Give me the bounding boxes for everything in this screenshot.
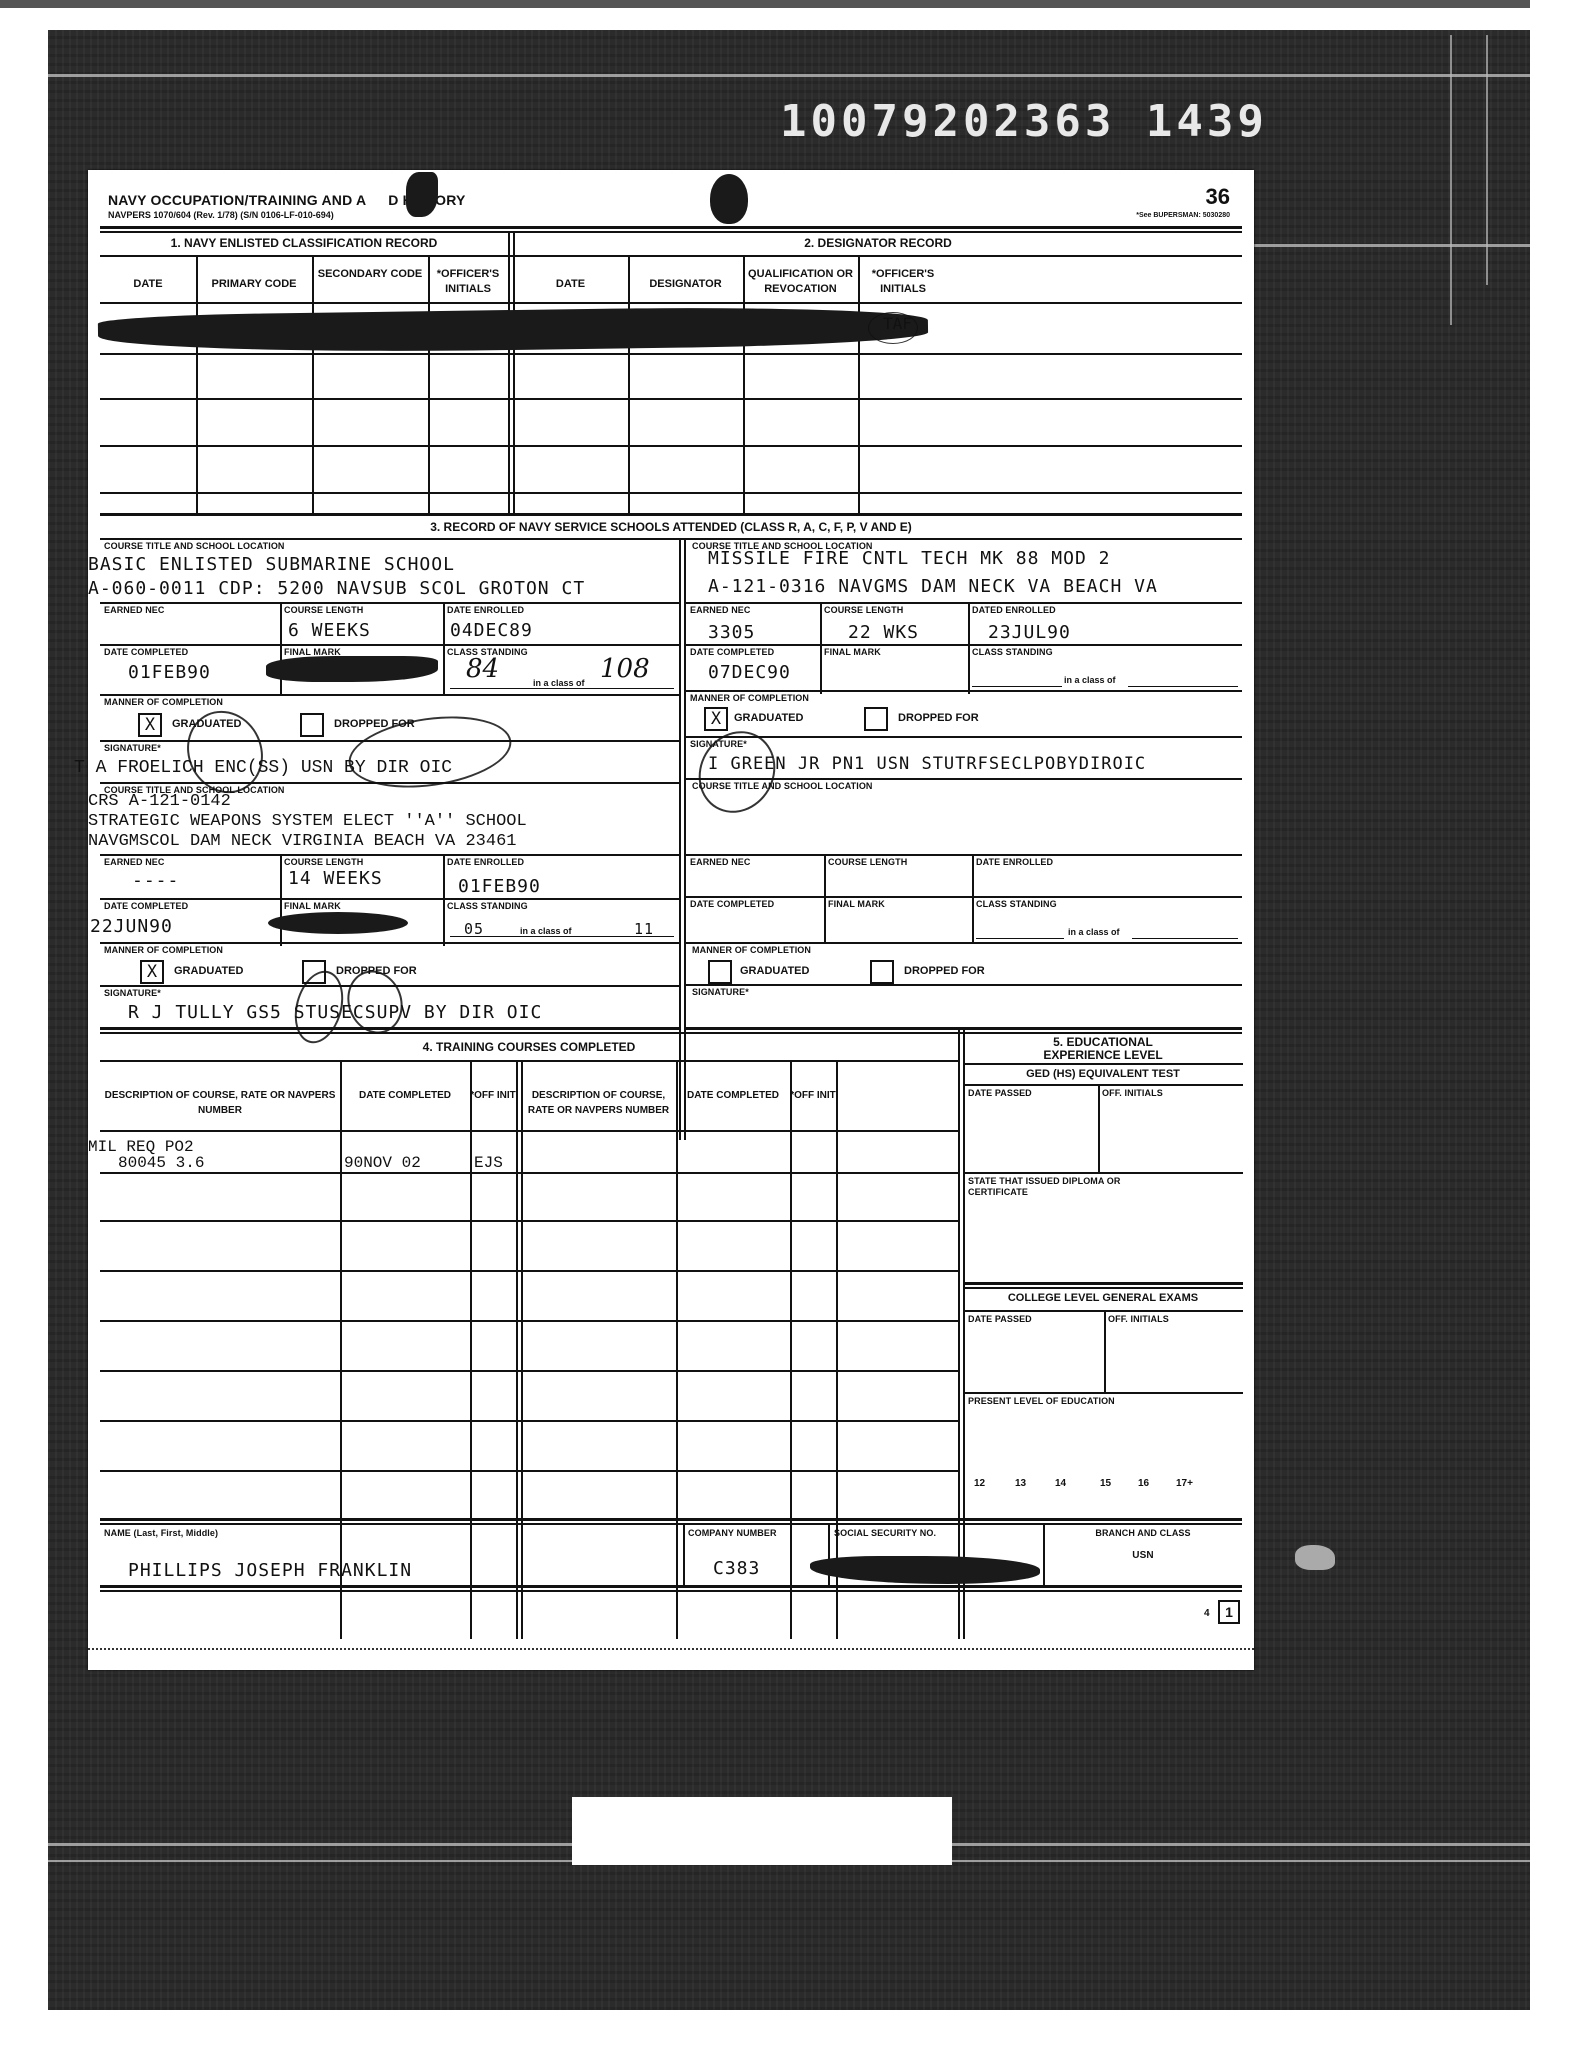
course-length-value: 14 WEEKS	[288, 868, 383, 889]
divider	[684, 854, 1242, 856]
divider	[968, 602, 970, 694]
divider	[100, 1320, 958, 1322]
divider	[684, 896, 1242, 898]
divider	[100, 898, 679, 900]
handwritten-signature-mark	[287, 965, 351, 1048]
col-date: DATE	[100, 277, 196, 292]
graduated-label: GRADUATED	[174, 965, 243, 977]
col-description: DESCRIPTION OF COURSE, RATE OR NAVPERS N…	[100, 1088, 340, 1118]
divider	[100, 1270, 958, 1272]
divider	[280, 602, 282, 694]
field-label: DATE ENROLLED	[447, 857, 524, 867]
field-label: EARNED NEC	[690, 857, 751, 867]
field-label: SIGNATURE*	[692, 987, 749, 997]
divider	[963, 1084, 1243, 1086]
earned-nec-value: 3305	[708, 622, 755, 643]
perforation-line	[88, 1648, 1254, 1650]
divider	[963, 1172, 1243, 1174]
divider	[100, 513, 1242, 516]
name-value: PHILLIPS JOSEPH FRANKLIN	[128, 1560, 412, 1581]
field-label: STATE THAT ISSUED DIPLOMA OR CERTIFICATE	[968, 1176, 1148, 1198]
field-label: DATE COMPLETED	[104, 647, 188, 657]
divider	[280, 854, 282, 946]
divider	[100, 1370, 958, 1372]
bupersman-note: *See BUPERSMAN: 5030280	[1136, 212, 1230, 219]
graduated-checkbox[interactable]: X	[704, 707, 728, 731]
field-label: DATE COMPLETED	[104, 901, 188, 911]
field-label: DATE PASSED	[968, 1314, 1032, 1324]
graduated-checkbox[interactable]	[708, 960, 732, 984]
divider	[100, 602, 679, 604]
field-label: FINAL MARK	[824, 647, 881, 657]
divider	[100, 1590, 1242, 1592]
col-off-init: *OFF INIT	[470, 1088, 516, 1103]
field-label: EARNED NEC	[104, 857, 165, 867]
field-label: EARNED NEC	[690, 605, 751, 615]
col-date: DATE	[513, 277, 628, 292]
divider	[963, 1063, 1243, 1065]
divider	[628, 255, 630, 513]
section3-title: 3. RECORD OF NAVY SERVICE SCHOOLS ATTEND…	[100, 520, 1242, 534]
handwritten-signature-mark	[684, 717, 790, 827]
divider	[684, 984, 1242, 986]
divider	[684, 778, 1242, 780]
date-completed-value: 22JUN90	[90, 916, 173, 937]
divider	[100, 694, 679, 696]
section4-title: 4. TRAINING COURSES COMPLETED	[100, 1040, 958, 1054]
divider	[443, 602, 445, 694]
divider	[963, 1392, 1243, 1394]
navpers-form: NAVY OCCUPATION/TRAINING AND AD HISTORY …	[88, 170, 1254, 1670]
section5-title: 5. EDUCATIONAL EXPERIENCE LEVEL	[963, 1036, 1243, 1062]
divider	[976, 938, 1064, 939]
divider	[100, 538, 1242, 540]
field-label: COURSE TITLE AND SCHOOL LOCATION	[104, 541, 285, 551]
divider	[513, 231, 515, 513]
scan-artifact-line	[1486, 35, 1488, 285]
class-standing-value: 84	[466, 654, 499, 684]
course-length-value: 6 WEEKS	[288, 620, 371, 641]
education-level-17-plus[interactable]: 17+	[1176, 1478, 1193, 1489]
field-label: OFF. INITIALS	[1102, 1088, 1163, 1098]
field-label: NAME (Last, First, Middle)	[104, 1528, 218, 1538]
divider	[684, 602, 1242, 604]
course-location-value: A-121-0316 NAVGMS DAM NECK VA BEACH VA	[708, 576, 1158, 597]
divider	[100, 1585, 1242, 1588]
redaction-mark	[266, 656, 438, 682]
redaction-mark	[710, 174, 748, 224]
divider	[100, 1470, 958, 1472]
divider	[100, 1032, 1242, 1034]
graduated-label: GRADUATED	[740, 965, 809, 977]
redaction-mark	[268, 912, 408, 934]
course-location-value: A-060-0011 CDP: 5200 NAVSUB SCOL GROTON …	[88, 578, 585, 599]
field-label: DATE COMPLETED	[690, 647, 774, 657]
course-length-value: 22 WKS	[848, 622, 919, 643]
form-page-number: 36	[1206, 184, 1230, 210]
divider	[684, 644, 1242, 646]
field-label: in a class of	[533, 678, 585, 688]
col-officer-initials: *OFFICER'S INITIALS	[858, 267, 948, 297]
divider	[100, 445, 1242, 447]
redaction-mark	[406, 172, 438, 217]
dropped-for-label: DROPPED FOR	[904, 965, 985, 977]
dropped-for-checkbox[interactable]	[870, 960, 894, 984]
ged-title: GED (HS) EQUIVALENT TEST	[963, 1068, 1243, 1080]
divider	[100, 255, 1242, 257]
col-date-completed: DATE COMPLETED	[676, 1088, 790, 1103]
divider	[100, 231, 1242, 233]
divider	[100, 1060, 958, 1062]
dropped-for-checkbox[interactable]	[300, 713, 324, 737]
date-completed-value: 07DEC90	[708, 662, 791, 683]
divider	[972, 854, 974, 944]
company-number-value: C383	[713, 1558, 760, 1579]
field-label: COURSE TITLE AND SCHOOL LOCATION	[692, 781, 873, 791]
course-number-value: 80045 3.6	[118, 1154, 204, 1172]
divider	[450, 936, 674, 937]
divider	[340, 1060, 342, 1639]
scan-fleck	[1295, 1545, 1335, 1570]
class-size-value: 108	[600, 654, 650, 684]
divider	[820, 602, 822, 694]
divider	[1132, 938, 1238, 939]
field-label: COURSE LENGTH	[284, 857, 363, 867]
divider	[1098, 1084, 1100, 1172]
dropped-for-label: DROPPED FOR	[898, 712, 979, 724]
divider	[684, 736, 1242, 738]
divider	[1128, 686, 1238, 687]
divider	[790, 1060, 792, 1639]
date-completed-value: 90NOV 02	[344, 1154, 421, 1172]
divider	[100, 353, 1242, 355]
field-label: SOCIAL SECURITY NO.	[834, 1528, 936, 1538]
field-label: SIGNATURE*	[104, 743, 161, 753]
divider	[963, 1287, 1243, 1289]
divider	[100, 302, 1242, 304]
section1-title: 1. NAVY ENLISTED CLASSIFICATION RECORD	[100, 236, 508, 250]
divider	[100, 398, 1242, 400]
divider	[100, 782, 679, 784]
form-box-code: 1	[1218, 1600, 1240, 1624]
field-label: DATE ENROLLED	[447, 605, 524, 615]
divider	[684, 690, 1242, 692]
date-enrolled-value: 01FEB90	[458, 876, 541, 897]
section2-title: 2. DESIGNATOR RECORD	[513, 236, 1243, 250]
course-location-value: NAVGMSCOL DAM NECK VIRGINIA BEACH VA 234…	[88, 832, 516, 851]
field-label: OFF. INITIALS	[1108, 1314, 1169, 1324]
section5-title-line: EXPERIENCE LEVEL	[963, 1049, 1243, 1062]
divider	[312, 255, 314, 513]
divider	[100, 942, 679, 944]
course-title-value: MISSILE FIRE CNTL TECH MK 88 MOD 2	[708, 548, 1110, 569]
field-label: MANNER OF COMPLETION	[692, 945, 811, 955]
field-label: PRESENT LEVEL OF EDUCATION	[968, 1396, 1115, 1406]
handwritten-signature-mark	[868, 312, 918, 344]
divider	[963, 1282, 1243, 1285]
divider	[521, 1060, 523, 1639]
field-label: SIGNATURE*	[104, 988, 161, 998]
field-label: in a class of	[1068, 927, 1120, 937]
field-label: DATE COMPLETED	[690, 899, 774, 909]
course-title-value: STRATEGIC WEAPONS SYSTEM ELECT ''A'' SCH…	[88, 812, 527, 831]
field-label: MANNER OF COMPLETION	[690, 693, 809, 703]
education-level-15[interactable]: 15	[1100, 1478, 1111, 1489]
branch-value: USN	[1043, 1550, 1243, 1561]
divider	[470, 1060, 472, 1639]
col-qualification: QUALIFICATION OR REVOCATION	[743, 267, 858, 297]
divider	[100, 1420, 958, 1422]
field-label: MANNER OF COMPLETION	[104, 945, 223, 955]
field-label: FINAL MARK	[284, 901, 341, 911]
scan-label-box	[572, 1797, 952, 1865]
divider	[100, 1518, 1242, 1521]
divider	[958, 1027, 960, 1639]
field-label: CLASS STANDING	[447, 901, 528, 911]
divider	[684, 942, 1242, 944]
officer-init-value: EJS	[474, 1154, 503, 1172]
redaction-mark	[810, 1556, 1040, 1584]
divider	[100, 1027, 679, 1030]
field-label: BRANCH AND CLASS	[1043, 1528, 1243, 1538]
col-secondary-code: SECONDARY CODE	[312, 267, 428, 282]
field-label: COURSE LENGTH	[284, 605, 363, 615]
divider	[100, 492, 1242, 494]
col-officer-initials: *OFFICER'S INITIALS	[428, 267, 508, 297]
divider	[100, 854, 679, 856]
scan-artifact-line	[48, 74, 1530, 77]
field-label: CLASS STANDING	[972, 647, 1053, 657]
field-label: COURSE LENGTH	[824, 605, 903, 615]
col-designator: DESIGNATOR	[628, 277, 743, 292]
dropped-for-checkbox[interactable]	[864, 707, 888, 731]
divider	[196, 255, 198, 513]
scan-artifact-line	[1450, 35, 1452, 325]
field-label: in a class of	[1064, 675, 1116, 685]
graduated-checkbox[interactable]: X	[140, 960, 164, 984]
education-level-12[interactable]: 12	[974, 1478, 985, 1489]
redaction-mark	[98, 304, 928, 356]
education-level-14[interactable]: 14	[1055, 1478, 1066, 1489]
col-off-init: *OFF INIT	[790, 1088, 836, 1103]
divider	[676, 1060, 678, 1639]
scan-top-edge	[0, 0, 1530, 8]
divider	[100, 1130, 958, 1132]
divider	[443, 854, 445, 946]
divider	[972, 686, 1062, 687]
col-description: DESCRIPTION OF COURSE, RATE OR NAVPERS N…	[521, 1088, 676, 1118]
field-label: COMPANY NUMBER	[688, 1528, 777, 1538]
col-date-completed: DATE COMPLETED	[340, 1088, 470, 1103]
field-label: EARNED NEC	[104, 605, 165, 615]
divider	[963, 1310, 1243, 1312]
date-enrolled-value: 23JUL90	[988, 622, 1071, 643]
field-label: CLASS STANDING	[976, 899, 1057, 909]
clep-title: COLLEGE LEVEL GENERAL EXAMS	[963, 1292, 1243, 1304]
divider	[836, 1060, 838, 1639]
course-code-value: CRS A-121-0142	[88, 792, 231, 811]
divider	[963, 1027, 965, 1639]
divider	[450, 688, 674, 689]
date-completed-value: 01FEB90	[128, 662, 211, 683]
divider	[100, 1220, 958, 1222]
field-label: MANNER OF COMPLETION	[104, 697, 223, 707]
divider	[100, 1172, 958, 1174]
divider	[100, 226, 1242, 229]
divider	[508, 231, 510, 513]
field-label: in a class of	[520, 926, 572, 936]
field-label: FINAL MARK	[828, 899, 885, 909]
divider	[516, 1060, 518, 1639]
scan-stamp-number: 10079202363 1439	[780, 96, 1268, 147]
date-enrolled-value: 04DEC89	[450, 620, 533, 641]
form-code: 4	[1204, 1608, 1210, 1619]
graduated-checkbox[interactable]: X	[138, 713, 162, 737]
education-level-13[interactable]: 13	[1015, 1478, 1026, 1489]
field-label: COURSE LENGTH	[828, 857, 907, 867]
graduated-label: GRADUATED	[734, 712, 803, 724]
field-label: DATE PASSED	[968, 1088, 1032, 1098]
field-label: DATE ENROLLED	[976, 857, 1053, 867]
education-level-16[interactable]: 16	[1138, 1478, 1149, 1489]
divider	[1104, 1310, 1106, 1392]
divider	[100, 644, 679, 646]
field-label: DATED ENROLLED	[972, 605, 1056, 615]
form-subtitle: NAVPERS 1070/604 (Rev. 1/78) (S/N 0106-L…	[108, 210, 334, 220]
divider	[683, 1523, 685, 1585]
course-title-value: BASIC ENLISTED SUBMARINE SCHOOL	[88, 554, 455, 575]
col-primary-code: PRIMARY CODE	[196, 277, 312, 292]
earned-nec-value: ----	[132, 870, 179, 891]
divider	[824, 854, 826, 944]
divider	[100, 1523, 1242, 1525]
